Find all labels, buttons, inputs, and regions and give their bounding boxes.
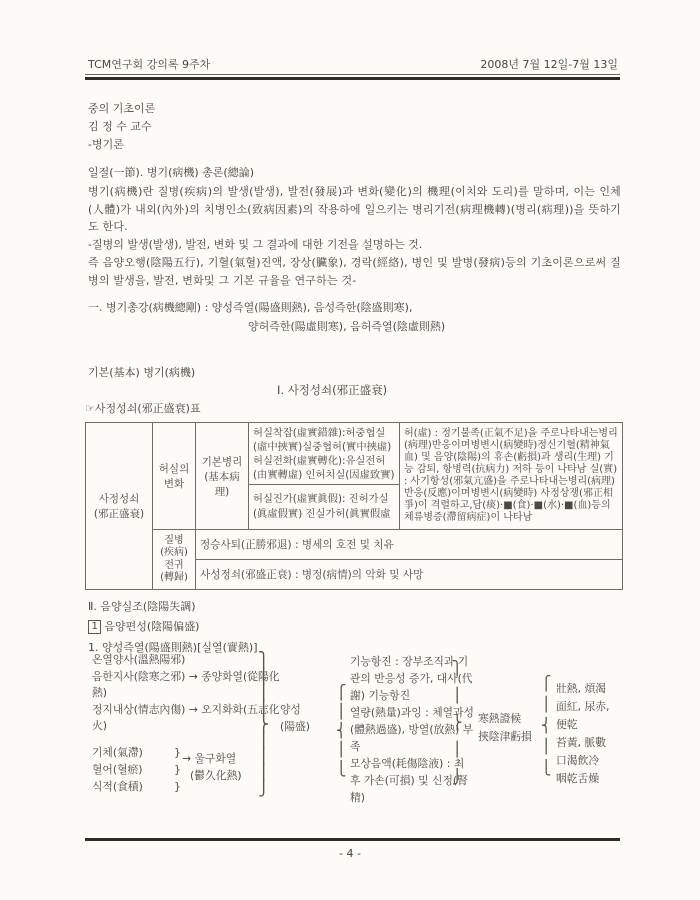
symptom-item: 面紅, 尿赤, — [556, 698, 636, 716]
table-caption: ☞사정성쇠(邪正盛衰)표 — [85, 400, 201, 417]
basic-pathomechanism-label: 기본(基本) 병기(病機) — [88, 364, 195, 381]
subsection-title-line: 1음양편성(陰陽偏盛) — [88, 618, 199, 635]
xiezheng-shengshuai-table: 사정성쇠 (邪正盛衰) 허실의 변화 기본병리 (基本病理) 허실착잡(虛實錯雜… — [85, 422, 623, 590]
table-outcome-label: 질병 (疾病) 전귀 (轉歸) — [153, 530, 196, 590]
overview-explanation-line: -질병의 발생(발생), 발전, 변화 및 그 결과에 대한 기전을 설명하는 … — [88, 236, 422, 253]
doc-professor: 김 정 수 교수 — [88, 118, 152, 135]
doc-subject: 중의 기초이론 — [88, 100, 155, 117]
header-rule-thin — [85, 74, 620, 75]
stagnation-arrow-label: → 울구화열 — [182, 751, 236, 768]
document-page: TCM연구회 강의록 9주차 2008년 7월 12일-7월 13일 중의 기초… — [0, 0, 700, 900]
symptom-item: 壯熱, 煩渴 — [556, 680, 636, 698]
table-change-label: 허실의 변화 — [153, 423, 196, 530]
curly-brace-symptoms: ⎧ ⎪ ⎨ ⎪ ⎩ — [541, 674, 552, 779]
overview-heading: 일절(一節). 병기(病機) 총론(總論) — [88, 164, 254, 181]
outline-line-1: 一. 병기총강(病機總剛) : 양성즉열(陽盛則熱), 음성즉한(陰盛則寒), — [88, 299, 412, 316]
section-heading-2: Ⅱ. 음양실조(陰陽失調) — [88, 598, 196, 615]
symptom-item: 咽乾舌燥 — [556, 770, 636, 788]
stagnation-row: 식적(食積)} — [92, 779, 202, 796]
section-heading-1: Ⅰ. 사정성쇠(邪正盛衰) — [277, 382, 387, 399]
header-course-title: TCM연구회 강의록 9주차 — [88, 56, 210, 73]
table-cell-mixture: 허실착잡(虛實錯雜):허중협실(虛中挾實)실중협허(實中挾虛) 허실전화(虛實轉… — [249, 423, 400, 485]
symptom-item: 苔黃, 脈數 — [556, 734, 636, 752]
table-pathology-label: 기본병리 (基本病理) — [196, 423, 249, 530]
state-label-yangsheng: 양성 (陽盛) — [280, 701, 310, 735]
diagram-symptoms-column: 壯熱, 煩渴 面紅, 尿赤, 便乾 苔黃, 脈數 口渴飲冷 咽乾舌燥 — [556, 680, 636, 788]
symptom-item: 便乾 — [556, 716, 636, 734]
small-brace: } — [174, 763, 181, 776]
small-brace: } — [174, 746, 181, 759]
symptom-item: 口渴飲冷 — [556, 752, 636, 770]
table-cell-truefalse: 허실진가(虛實眞假): 진허가실(眞虛假實) 진실가허(眞實假虛 — [249, 485, 400, 530]
subsection-number-box: 1 — [88, 620, 101, 634]
stagnation-result-label: (鬱久化熱) — [190, 768, 242, 785]
doc-topic: -병기론 — [88, 136, 124, 153]
small-brace: } — [174, 780, 181, 793]
header-date-range: 2008년 7월 12일-7월 13일 — [480, 56, 618, 73]
table-cell-deficiency-excess: 허(虛) : 정기불족(正氣不足)을 주로나타내는병리(病理)반응이며병변시(病… — [400, 423, 623, 530]
page-number: - 4 - — [0, 845, 700, 862]
overview-definition-paragraph: 병기(病機)란 질병(疾病)의 발생(발생), 발전(發展)과 변화(變化)의 … — [88, 183, 621, 236]
footer-rule — [85, 838, 620, 841]
table-outcome-bad-row: 사성정쇠(邪盛正衰) : 병정(病情)의 악화 및 사망 — [196, 560, 623, 590]
syndrome-label: 寒熱證候 挾陰津虧損 — [478, 710, 532, 746]
overview-basis-paragraph: 즉 음양오행(陰陽五行), 기혈(氣혈)진액, 장상(臟象), 경락(經絡), … — [88, 254, 621, 289]
curly-brace-effects-left: ⎧ ⎪ ⎨ ⎪ ⎩ — [336, 684, 347, 779]
table-rowhead: 사정성쇠 (邪正盛衰) — [86, 423, 153, 590]
subsection-title: 음양편성(陰陽偏盛) — [104, 620, 199, 633]
header-rule-thick — [85, 77, 620, 80]
outline-line-2: 양허즉한(陽虛則寒), 음허즉열(陰虛則熱) — [248, 318, 445, 335]
curly-brace-effects-right: ⎫ ⎪ ⎬ ⎪ ⎭ — [452, 656, 463, 791]
curly-brace-causes: ⎫ ⎪ ⎪ ⎪ ⎬ ⎪ ⎪ ⎪ ⎭ — [258, 652, 269, 796]
table-outcome-good-row: 정승사퇴(正勝邪退) : 병세의 호전 및 치유 — [196, 530, 623, 560]
